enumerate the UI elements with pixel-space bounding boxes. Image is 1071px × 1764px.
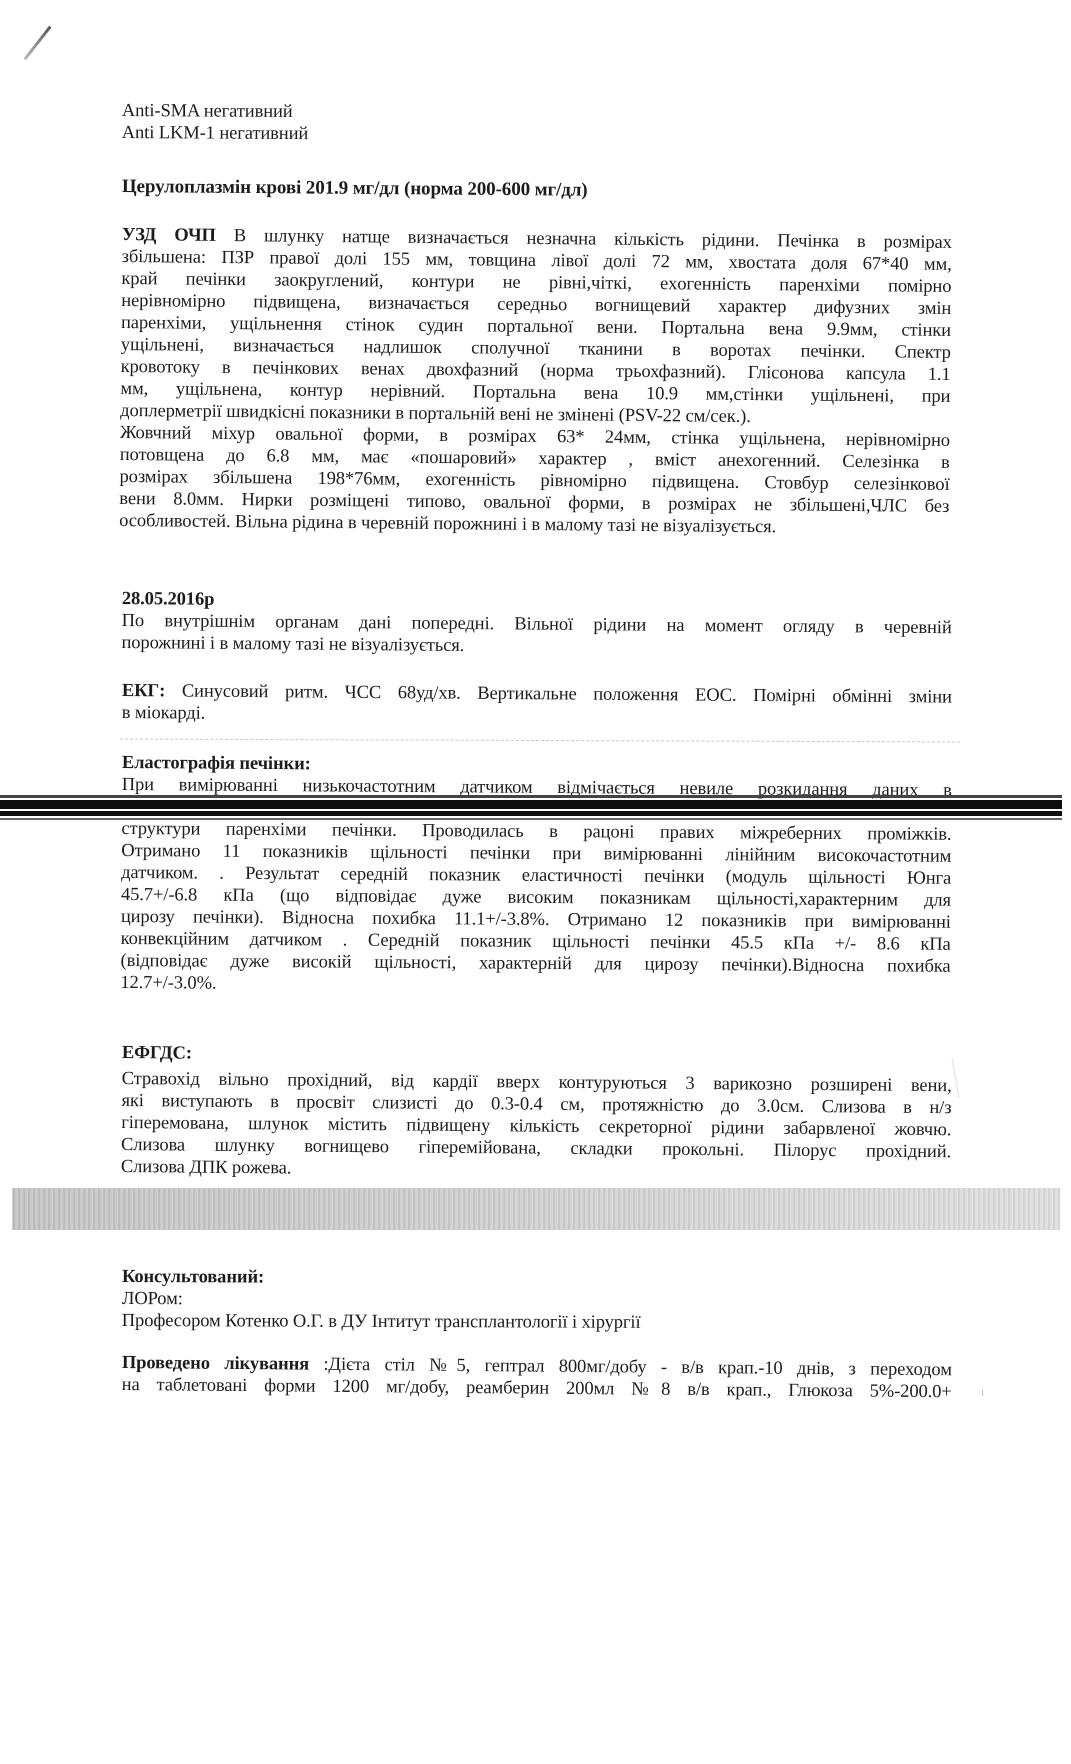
ekg-title: ЕКГ: — [122, 681, 165, 701]
ceruloplasmin-text: Церулоплазмін крові 201.9 мг/дл (норма 2… — [122, 176, 952, 205]
pen-mark — [23, 26, 51, 61]
ultrasound-title: УЗД ОЧП — [122, 225, 216, 246]
ceruloplasmin-result: Церулоплазмін крові 201.9 мг/дл (норма 2… — [122, 176, 952, 205]
efgds-section: ЕФГДС: Стравохід вільно прохідний, від к… — [121, 1042, 952, 1185]
treatment-title: Проведено лікування — [122, 1353, 309, 1375]
antibody-results: Anti-SMA негативний Anti LKM-1 негативни… — [122, 100, 952, 149]
followup-section: 28.05.2016р По внутрішнім органам дані п… — [121, 588, 952, 661]
scan-speck — [952, 1058, 960, 1098]
consultation-line: ЛОРом: — [122, 1288, 952, 1313]
consultation-title: Консультований: — [122, 1266, 952, 1291]
ekg-section: ЕКГ: Синусовий ритм. ЧСС 68уд/хв. Вертик… — [122, 680, 952, 731]
ultrasound-section: УЗД ОЧП В шлунку натще визначається незн… — [119, 224, 952, 540]
consultation-line: Професором Котенко О.Г. в ДУ Інтитут тра… — [122, 1310, 952, 1335]
elastography-section: Еластографія печінки: При вимірюванні ни… — [120, 752, 952, 1000]
scanned-page: Anti-SMA негативний Anti LKM-1 негативни… — [0, 0, 1071, 1764]
efgds-title: ЕФГДС: — [122, 1042, 952, 1071]
treatment-section: Проведено лікування :Дієта стіл №5, гепт… — [122, 1352, 952, 1403]
scan-artifact-black-bars — [262, 795, 1062, 821]
scan-artifact-dashed-line — [120, 739, 960, 744]
scan-artifact-gray-band — [12, 1188, 1060, 1230]
scan-speck — [982, 1390, 983, 1396]
consultation-section: Консультований: ЛОРом: Професором Котенк… — [122, 1266, 952, 1335]
anti-lkm1-result: Anti LKM-1 негативний — [122, 122, 952, 149]
